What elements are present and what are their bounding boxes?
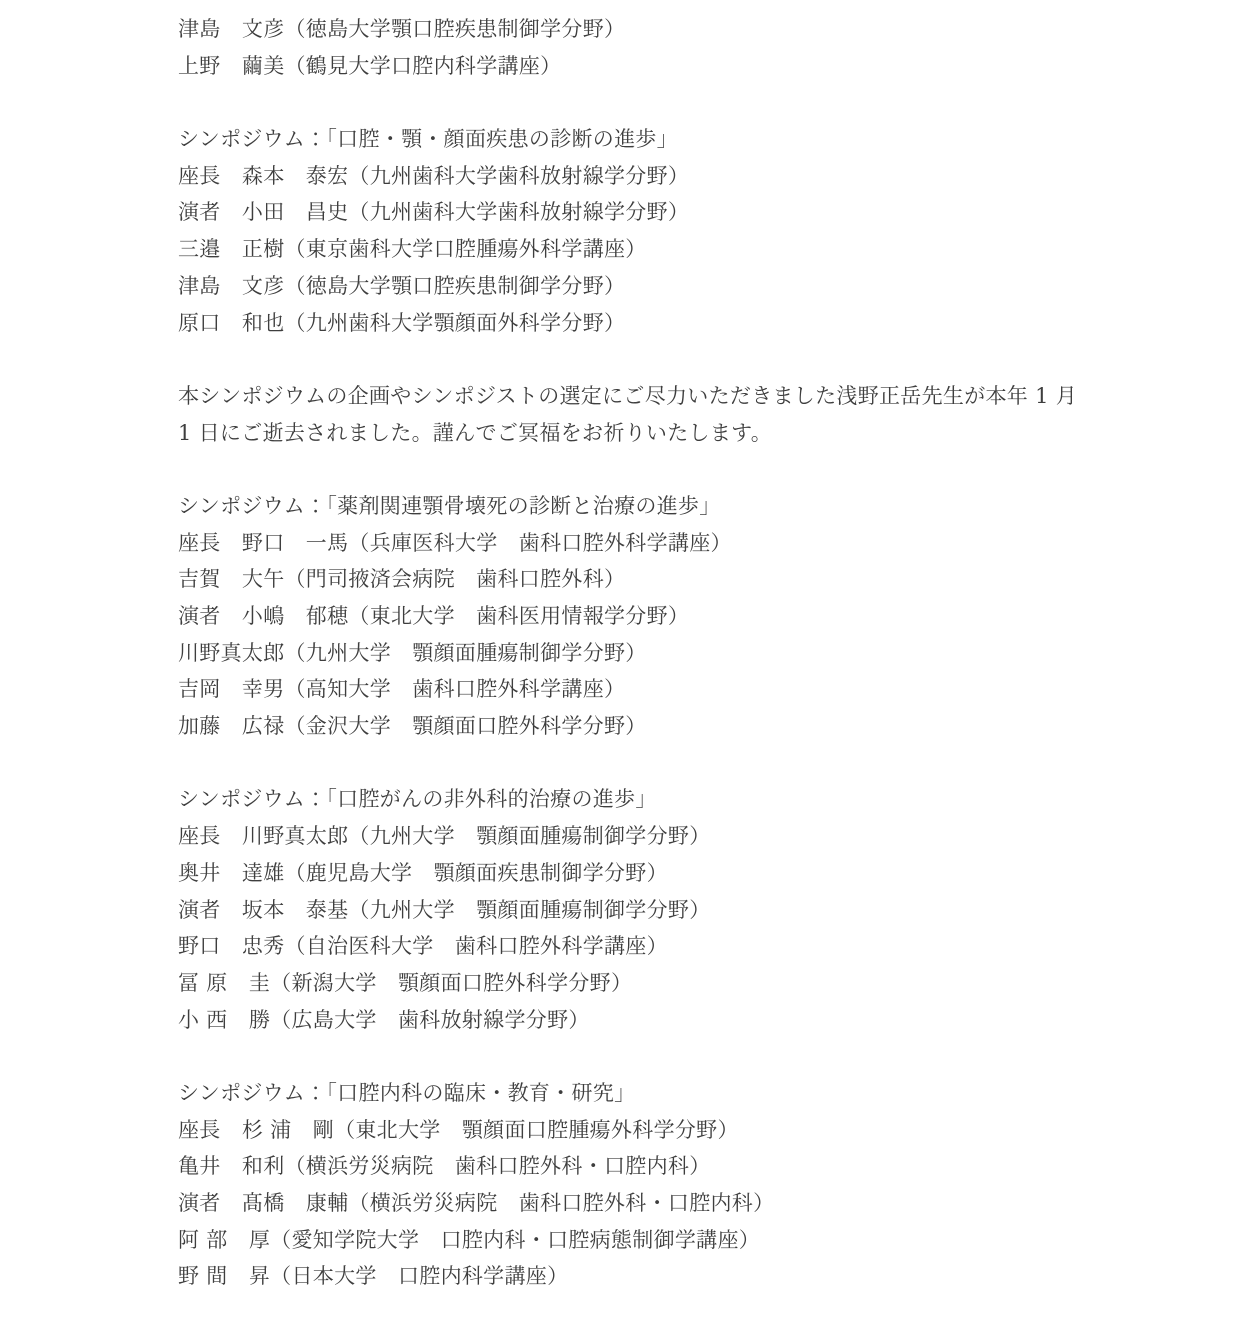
- text-line: 野 間 昇（日本大学 口腔内科学講座）: [178, 1258, 1158, 1295]
- text-line: 演者 髙橋 康輔（横浜労災病院 歯科口腔外科・口腔内科）: [178, 1185, 1158, 1222]
- text-line: 津島 文彦（徳島大学顎口腔疾患制御学分野）: [178, 268, 1158, 305]
- text-line: 1 日にご逝去されました。謹んでご冥福をお祈りいたします。: [178, 415, 1158, 452]
- text-line: 冨 原 圭（新潟大学 顎顔面口腔外科学分野）: [178, 965, 1158, 1002]
- text-line: シンポジウム：「口腔・顎・顔面疾患の診断の進歩」: [178, 121, 1158, 158]
- text-line: シンポジウム：「口腔がんの非外科的治療の進歩」: [178, 781, 1158, 818]
- text-line: 川野真太郎（九州大学 顎顔面腫瘍制御学分野）: [178, 635, 1158, 672]
- text-line: シンポジウム：「口腔内科の臨床・教育・研究」: [178, 1075, 1158, 1112]
- text-line: 本シンポジウムの企画やシンポジストの選定にご尽力いただきました浅野正岳先生が本年…: [178, 378, 1158, 415]
- block-symposium-diagnosis-progress: シンポジウム：「口腔・顎・顔面疾患の診断の進歩」座長 森本 泰宏（九州歯科大学歯…: [178, 121, 1158, 341]
- text-line: 演者 小嶋 郁穂（東北大学 歯科医用情報学分野）: [178, 598, 1158, 635]
- text-line: 加藤 広禄（金沢大学 顎顔面口腔外科学分野）: [178, 708, 1158, 745]
- block-memorial-note: 本シンポジウムの企画やシンポジストの選定にご尽力いただきました浅野正岳先生が本年…: [178, 378, 1158, 451]
- text-line: 吉賀 大午（門司掖済会病院 歯科口腔外科）: [178, 561, 1158, 598]
- text-line: 亀井 和利（横浜労災病院 歯科口腔外科・口腔内科）: [178, 1148, 1158, 1185]
- text-line: 阿 部 厚（愛知学院大学 口腔内科・口腔病態制御学講座）: [178, 1222, 1158, 1259]
- text-line: 上野 繭美（鶴見大学口腔内科学講座）: [178, 48, 1158, 85]
- text-line: 演者 坂本 泰基（九州大学 顎顔面腫瘍制御学分野）: [178, 892, 1158, 929]
- text-line: 吉岡 幸男（高知大学 歯科口腔外科学講座）: [178, 671, 1158, 708]
- text-line: 座長 野口 一馬（兵庫医科大学 歯科口腔外科学講座）: [178, 525, 1158, 562]
- block-symposium-mronj: シンポジウム：「薬剤関連顎骨壊死の診断と治療の進歩」座長 野口 一馬（兵庫医科大…: [178, 488, 1158, 745]
- text-line: 津島 文彦（徳島大学顎口腔疾患制御学分野）: [178, 11, 1158, 48]
- block-speaker-list-continued: 津島 文彦（徳島大学顎口腔疾患制御学分野）上野 繭美（鶴見大学口腔内科学講座）: [178, 11, 1158, 84]
- text-line: 原口 和也（九州歯科大学顎顔面外科学分野）: [178, 305, 1158, 342]
- block-symposium-oral-cancer: シンポジウム：「口腔がんの非外科的治療の進歩」座長 川野真太郎（九州大学 顎顔面…: [178, 781, 1158, 1038]
- text-line: 三邉 正樹（東京歯科大学口腔腫瘍外科学講座）: [178, 231, 1158, 268]
- block-symposium-oral-medicine: シンポジウム：「口腔内科の臨床・教育・研究」座長 杉 浦 剛（東北大学 顎顔面口…: [178, 1075, 1158, 1295]
- text-line: 座長 森本 泰宏（九州歯科大学歯科放射線学分野）: [178, 158, 1158, 195]
- document-page: 津島 文彦（徳島大学顎口腔疾患制御学分野）上野 繭美（鶴見大学口腔内科学講座） …: [178, 11, 1158, 1295]
- text-line: 演者 小田 昌史（九州歯科大学歯科放射線学分野）: [178, 194, 1158, 231]
- text-line: 野口 忠秀（自治医科大学 歯科口腔外科学講座）: [178, 928, 1158, 965]
- text-line: シンポジウム：「薬剤関連顎骨壊死の診断と治療の進歩」: [178, 488, 1158, 525]
- text-line: 小 西 勝（広島大学 歯科放射線学分野）: [178, 1002, 1158, 1039]
- text-line: 奥井 達雄（鹿児島大学 顎顔面疾患制御学分野）: [178, 855, 1158, 892]
- text-line: 座長 川野真太郎（九州大学 顎顔面腫瘍制御学分野）: [178, 818, 1158, 855]
- text-line: 座長 杉 浦 剛（東北大学 顎顔面口腔腫瘍外科学分野）: [178, 1112, 1158, 1149]
